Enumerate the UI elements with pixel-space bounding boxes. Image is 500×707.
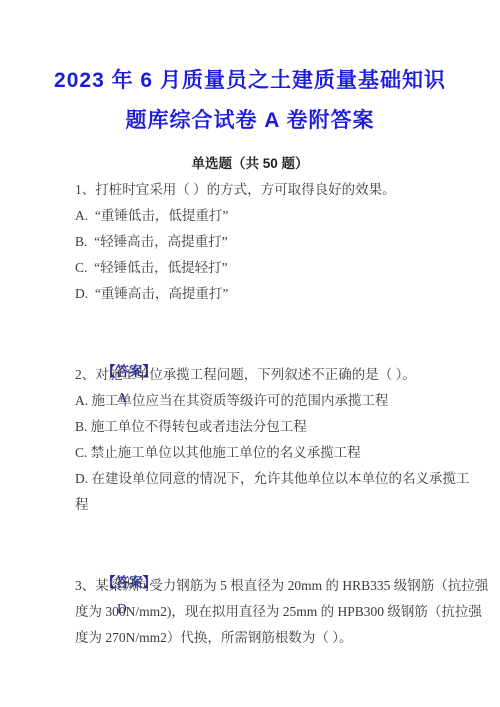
question-2-text: 2、对施工单位承揽工程问题，下列叙述不正确的是（ ）。 — [75, 362, 460, 388]
document-body: 1、打桩时宜采用（ ）的方式，方可取得良好的效果。 A. “重锤低击，低提重打”… — [0, 177, 500, 651]
question-1-option-a: A. “重锤低击，低提重打” — [75, 203, 460, 229]
question-1-option-d: D. “重锤高击，高提重打” — [75, 281, 460, 307]
document-title: 2023 年 6 月质量员之土建质量基础知识 题库综合试卷 A 卷附答案 — [0, 61, 500, 141]
title-line-1: 2023 年 6 月质量员之土建质量基础知识 — [0, 61, 500, 101]
question-3-text-line-2: 度为 300N/mm2)，现在拟用直径为 25mm 的 HPB300 级钢筋（抗… — [75, 599, 460, 625]
question-1-option-c: C. “轻锤低击，低提轻打” — [75, 255, 460, 281]
document-page: 2023 年 6 月质量员之土建质量基础知识 题库综合试卷 A 卷附答案 单选题… — [0, 0, 500, 707]
question-3-text-line-3: 度为 270N/mm2）代换，所需钢筋根数为（ ）。 — [75, 625, 460, 651]
question-1: 1、打桩时宜采用（ ）的方式，方可取得良好的效果。 A. “重锤低击，低提重打”… — [75, 177, 460, 359]
question-1-text: 1、打桩时宜采用（ ）的方式，方可取得良好的效果。 — [75, 177, 460, 203]
question-2-answer-row: 【答案】 D — [75, 544, 460, 570]
question-2-option-a: A. 施工单位应当在其资质等级许可的范围内承揽工程 — [75, 388, 460, 414]
question-2: 2、对施工单位承揽工程问题，下列叙述不正确的是（ ）。 A. 施工单位应当在其资… — [75, 362, 460, 570]
title-line-2: 题库综合试卷 A 卷附答案 — [0, 101, 500, 141]
question-1-answer-row: 【答案】 A — [75, 333, 460, 359]
question-1-option-b: B. “轻锤高击，高提重打” — [75, 229, 460, 255]
question-2-option-d-wrap: 程 — [75, 492, 460, 518]
question-2-option-c: C. 禁止施工单位以其他施工单位的名义承揽工程 — [75, 440, 460, 466]
question-2-option-d: D. 在建设单位同意的情况下，允许其他单位以本单位的名义承揽工 — [75, 466, 460, 492]
question-2-option-b: B. 施工单位不得转包或者违法分包工程 — [75, 414, 460, 440]
section-heading: 单选题（共 50 题） — [0, 151, 500, 177]
question-3: 3、某梁纵向受力钢筋为 5 根直径为 20mm 的 HRB335 级钢筋（抗拉强… — [75, 573, 460, 651]
question-3-text-line-1: 3、某梁纵向受力钢筋为 5 根直径为 20mm 的 HRB335 级钢筋（抗拉强 — [75, 573, 460, 599]
